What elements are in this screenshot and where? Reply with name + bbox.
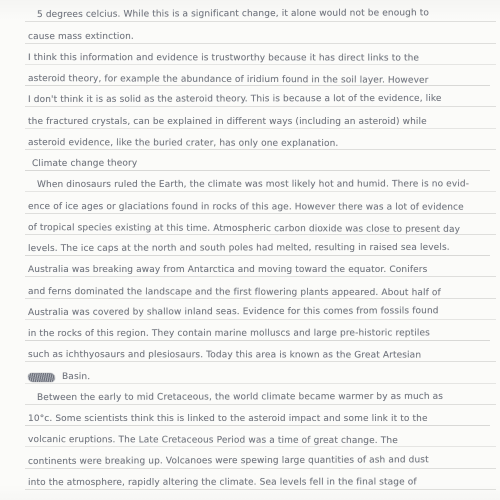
- handwritten-line: volcanic eruptions. The Late Cretaceous …: [28, 428, 496, 449]
- handwritten-line: I think this information and evidence is…: [28, 46, 496, 67]
- line-text: the fractured crystals, can be explained…: [28, 117, 427, 127]
- line-text: asteroid evidence, like the buried crate…: [28, 138, 338, 149]
- handwritten-line: levels. The ice caps at the north and so…: [28, 237, 496, 258]
- line-text: Between the early to mid Cretaceous, the…: [37, 392, 443, 403]
- handwritten-line: asteroid theory, for example the abundan…: [28, 67, 496, 88]
- handwritten-line: in the rocks of this region. They contai…: [28, 322, 496, 343]
- handwritten-line: 10°c. Some scientists think this is link…: [28, 407, 496, 428]
- handwritten-line: the fractured crystals, can be explained…: [28, 109, 496, 130]
- handwritten-line: ence of ice ages or glaciations found in…: [28, 194, 496, 215]
- handwritten-line: continents were breaking up. Volcanoes w…: [28, 449, 496, 470]
- line-text: and ferns dominated the landscape and th…: [28, 287, 441, 298]
- handwritten-line: Australia was breaking away from Antarct…: [28, 258, 496, 279]
- handwritten-line: such as ichthyosaurs and plesiosaurs. To…: [28, 343, 496, 364]
- handwritten-line: asteroid evidence, like the buried crate…: [28, 131, 496, 152]
- line-text: When dinosaurs ruled the Earth, the clim…: [37, 180, 469, 191]
- handwritten-line: of tropical species existing at this tim…: [28, 216, 496, 237]
- handwritten-line: When dinosaurs ruled the Earth, the clim…: [28, 173, 496, 194]
- line-text: into the atmosphere, rapidly altering th…: [28, 477, 417, 488]
- line-text: I don't think it is as solid as the aste…: [28, 94, 442, 105]
- line-text: levels. The ice caps at the north and so…: [28, 243, 450, 254]
- handwritten-line: I don't think it is as solid as the aste…: [28, 88, 496, 109]
- handwritten-line: Basin.: [28, 364, 496, 385]
- handwritten-line: into the atmosphere, rapidly altering th…: [28, 471, 496, 492]
- scribbled-out-word: [28, 373, 55, 382]
- handwritten-notes-page: 5 degrees celcius. While this is a signi…: [0, 0, 500, 500]
- line-text: 10°c. Some scientists think this is link…: [28, 414, 428, 424]
- line-text: cause mass extinction.: [28, 31, 134, 41]
- handwritten-line: and ferns dominated the landscape and th…: [28, 279, 496, 300]
- line-text: ence of ice ages or glaciations found in…: [28, 202, 464, 213]
- handwritten-line: 5 degrees celcius. While this is a signi…: [28, 3, 496, 24]
- line-text: Basin.: [62, 372, 90, 382]
- line-text: Australia was breaking away from Antarct…: [28, 265, 427, 275]
- line-text: asteroid theory, for example the abundan…: [28, 74, 429, 86]
- section-heading-line: Climate change theory: [28, 152, 496, 173]
- line-text: in the rocks of this region. They contai…: [28, 328, 430, 339]
- section-heading-text: Climate change theory: [32, 159, 137, 169]
- line-text: such as ichthyosaurs and plesiosaurs. To…: [28, 350, 421, 361]
- line-text: continents were breaking up. Volcanoes w…: [28, 455, 429, 467]
- line-text: of tropical species existing at this tim…: [28, 223, 460, 235]
- handwritten-line: Between the early to mid Cretaceous, the…: [28, 386, 496, 407]
- ruled-lines-area: 5 degrees celcius. While this is a signi…: [28, 3, 496, 492]
- line-text: Australia was covered by shallow inland …: [28, 306, 439, 318]
- handwritten-line: cause mass extinction.: [28, 24, 496, 45]
- line-text: 5 degrees celcius. While this is a signi…: [37, 9, 429, 21]
- handwritten-line: Australia was covered by shallow inland …: [28, 301, 496, 322]
- line-text: volcanic eruptions. The Late Cretaceous …: [28, 435, 398, 446]
- line-text: I think this information and evidence is…: [28, 53, 419, 64]
